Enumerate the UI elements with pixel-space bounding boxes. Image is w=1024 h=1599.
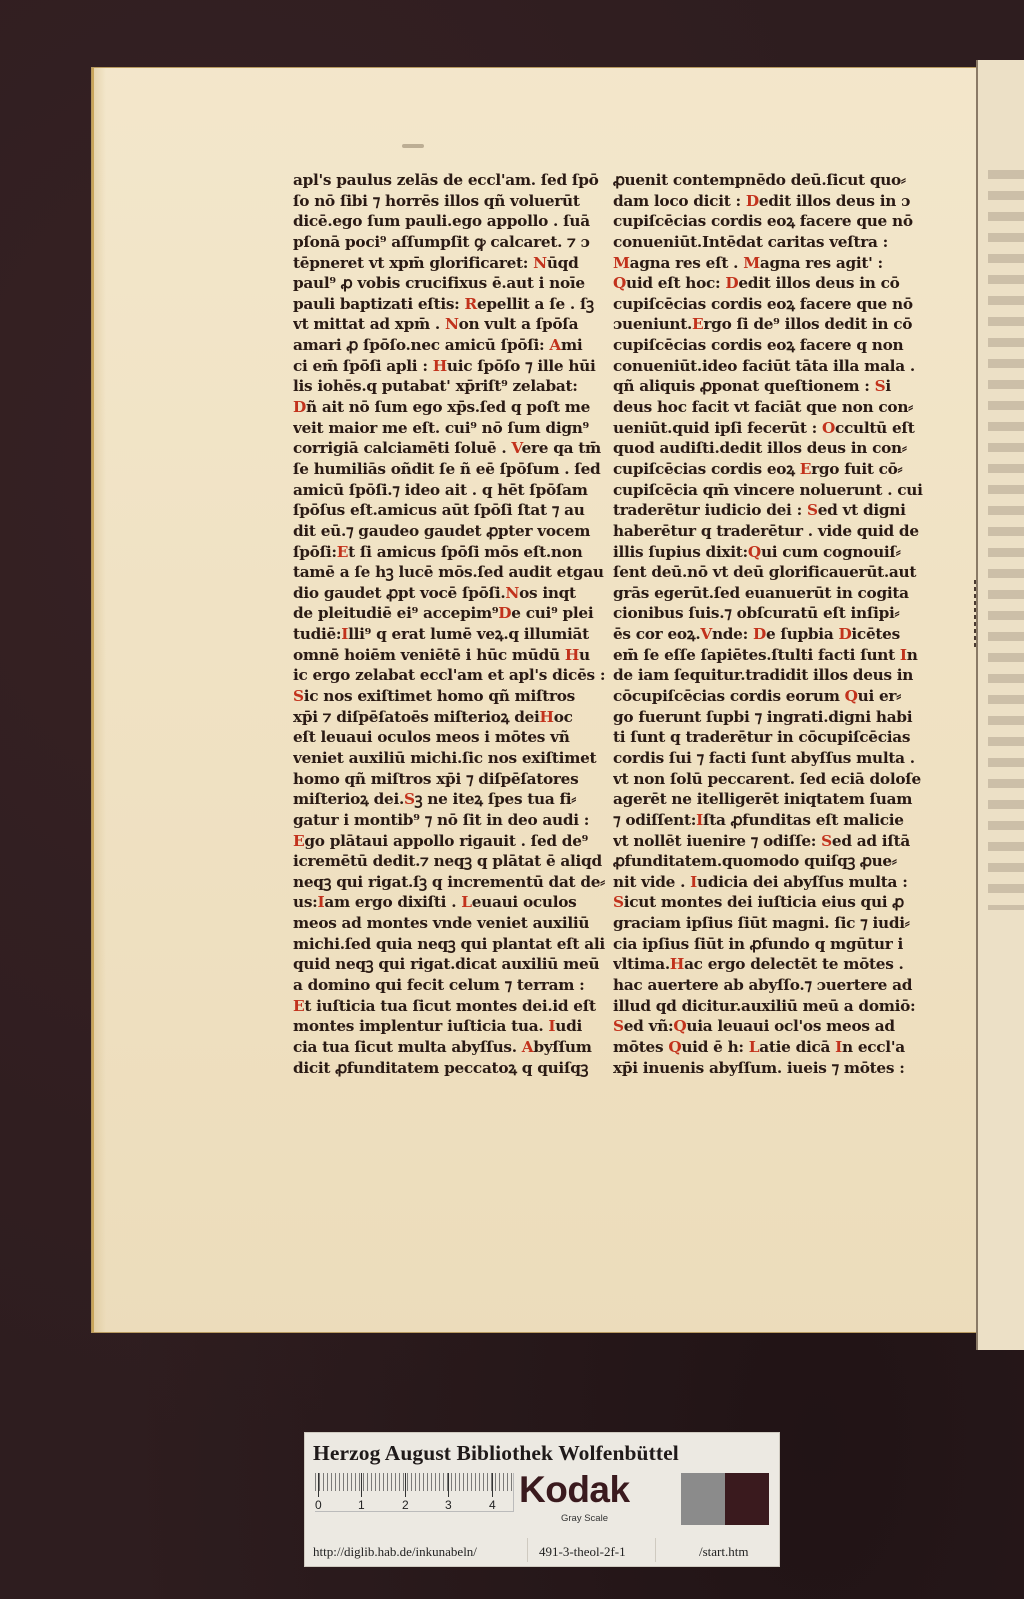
text-line: ſo nō ſibi ⁊ horrēs illos qñ voluerūt — [293, 191, 613, 212]
text-segment: veit maior me eſt. cui⁹ nō ſum dign⁹ — [293, 419, 589, 437]
text-segment: ⁊ odiſſent: — [613, 811, 696, 829]
text-line: ci em̄ ſpōſi apli : Huic ſpōſo ⁊ ille hū… — [293, 356, 613, 377]
text-segment: em̄ ſe eſſe ſapiētes.ſtulti facti ſunt — [613, 646, 900, 664]
text-line: haberētur q traderētur . vide quid de — [613, 521, 933, 542]
text-segment: n — [907, 646, 918, 664]
rubricated-initial: E — [337, 543, 348, 561]
text-line: cupiſcēcias cordis eoꝝ Ergo fuit cō⸗ — [613, 459, 933, 480]
text-line: Sed vñ:Quia leuaui ocl'os meos ad — [613, 1016, 933, 1037]
text-line: tamē a ſe hꝫ lucē mōs.ſed audit etgau — [293, 562, 613, 583]
text-line: xp̄i inuenis abyſſum. iueis ⁊ mōtes : — [613, 1058, 933, 1079]
text-segment: graciam ipſius ſiūt magni. ſic ⁊ iudi⸗ — [613, 914, 910, 932]
text-segment: ccultū eſt — [835, 419, 914, 437]
text-segment: euaui oculos — [472, 893, 577, 911]
text-segment: corrigiā calciamēti ſoluē . — [293, 439, 511, 457]
text-line: Et iuſticia tua ſicut montes dei.id eſt — [293, 996, 613, 1017]
rubricated-initial: D — [293, 398, 306, 416]
text-segment: ui cum cognouiſ⸗ — [761, 543, 901, 561]
text-segment: udicia dei abyſſus multa : — [697, 873, 908, 891]
rubricated-initial: V — [700, 625, 712, 643]
text-line: a domino qui fecit celum ⁊ terram : — [293, 975, 613, 996]
text-line: cionibus ſuis.⁊ obſcuratū eſt inſipi⸗ — [613, 603, 933, 624]
divider — [527, 1538, 528, 1562]
ruler-ticks — [315, 1473, 513, 1491]
text-segment: omnē hoiēm veniētē i hūc mūdū — [293, 646, 565, 664]
text-segment: us: — [293, 893, 317, 911]
text-line: eſt leuaui oculos meos i mōtes vñ — [293, 727, 613, 748]
text-segment: ui er⸗ — [858, 687, 901, 705]
text-segment: gatur i montib⁹ ⁊ nō ſit in deo audi : — [293, 811, 589, 829]
text-segment: ſe humiliās oñdit ſe ñ eē ſpōſum . ſed — [293, 460, 600, 478]
text-segment: quid neqꝫ qui rigat.dicat auxiliū meū — [293, 955, 599, 973]
text-segment: dicē.ego ſum pauli.ego appollo . ſuā — [293, 212, 590, 230]
text-line: xp̄i ⁊ diſpēſatoēs miſterioꝝ deiHoc — [293, 707, 613, 728]
rubricated-initial: Q — [613, 274, 626, 292]
rubricated-initial: I — [900, 646, 907, 664]
text-segment: ci em̄ ſpōſi apli : — [293, 357, 433, 375]
text-line: graciam ipſius ſiūt magni. ſic ⁊ iudi⸗ — [613, 913, 933, 934]
text-segment: cia ipſius ſiūt in ꝓfundo q mgūtur i — [613, 935, 903, 953]
text-segment: mōtes — [613, 1038, 668, 1056]
text-line: cōcupiſcēcias cordis eorum Qui er⸗ — [613, 686, 933, 707]
text-segment: ac ergo delectēt te mōtes . — [684, 955, 904, 973]
text-segment: uid ē h: — [681, 1038, 748, 1056]
text-line: Sic nos exiſtimet homo qñ miſtros — [293, 686, 613, 707]
text-line: ſpōſus eſt.amicus aūt ſpōſi ſtat ⁊ au — [293, 500, 613, 521]
text-segment: icremētū dedit.⁊ neqꝫ q plātat ē aliqd — [293, 852, 602, 870]
url-suffix: /start.htm — [699, 1544, 748, 1560]
text-segment: nit vide . — [613, 873, 690, 891]
text-segment: go plātaui appollo rigauit . ſed de⁹ — [304, 832, 588, 850]
ruler-number: 0 — [315, 1498, 322, 1512]
text-segment: dio gaudet ꝓpt vocē ſpōſi. — [293, 584, 505, 602]
text-line: us:Iam ergo dixiſti . Leuaui oculos — [293, 892, 613, 913]
text-line: homo qñ miſtros xp̄i ⁊ diſpēſatores — [293, 769, 613, 790]
text-line: cupiſcēcias cordis eoꝝ facere que nō — [613, 294, 933, 315]
rubricated-initial: H — [433, 357, 447, 375]
text-segment: ed vt digni — [818, 501, 906, 519]
text-line: grās egerūt.ſed euanuerūt in cogita — [613, 583, 933, 604]
text-line: qñ aliquis ꝓponat queſtionem : Si — [613, 376, 933, 397]
rubricated-initial: R — [465, 295, 477, 313]
text-line: dio gaudet ꝓpt vocē ſpōſi.Nos inqt — [293, 583, 613, 604]
adjacent-page-edge — [976, 60, 1024, 1350]
rubricated-initial: S — [807, 501, 818, 519]
rubricated-initial: N — [505, 584, 519, 602]
text-segment: cupiſcēcias cordis eoꝝ — [613, 460, 800, 478]
gray-scale-swatches — [681, 1473, 769, 1525]
text-segment: vltima. — [613, 955, 670, 973]
text-segment: ſo nō ſibi ⁊ horrēs illos qñ voluerūt — [293, 192, 580, 210]
text-line: cia ipſius ſiūt in ꝓfundo q mgūtur i — [613, 934, 933, 955]
text-line: omnē hoiēm veniētē i hūc mūdū Hu — [293, 645, 613, 666]
text-segment: neqꝫ qui rigat.ſꝫ q incrementū dat de⸗ — [293, 873, 605, 891]
rubricated-initial: D — [753, 625, 766, 643]
text-line: conueniūt.ideo faciūt tāta illa mala . — [613, 356, 933, 377]
text-line: ſent deū.nō vt deū glorificauerūt.aut — [613, 562, 933, 583]
text-line: veit maior me eſt. cui⁹ nō ſum dign⁹ — [293, 418, 613, 439]
text-segment: grās egerūt.ſed euanuerūt in cogita — [613, 584, 909, 602]
text-segment: de iam ſequitur.tradidit illos deus in — [613, 666, 913, 684]
rubricated-initial: M — [743, 254, 760, 272]
text-segment: cupiſcēcias cordis eoꝝ facere q non — [613, 336, 903, 354]
text-line: miſterioꝝ dei.Sꝫ ne iteꝝ ſpes tua fi⸗ — [293, 789, 613, 810]
rubricated-initial: S — [613, 1017, 624, 1035]
rubricated-initial: I — [835, 1038, 842, 1056]
text-line: icremētū dedit.⁊ neqꝫ q plātat ē aliqd — [293, 851, 613, 872]
text-segment: e ſupbia — [766, 625, 839, 643]
text-segment: vt nollēt iuenire ⁊ odiſſe: — [613, 832, 821, 850]
text-segment: epellit a ſe . ſꝫ — [477, 295, 594, 313]
text-segment: michi.ſed quia neqꝫ qui plantat eſt ali — [293, 935, 605, 953]
ink-smudge — [402, 144, 424, 148]
rubricated-initial: E — [293, 832, 304, 850]
text-line: dit eū.⁊ gaudeo gaudet ꝓpter vocem — [293, 521, 613, 542]
text-segment: cupiſcēcias cordis eoꝝ facere que nō — [613, 295, 913, 313]
text-segment: am ergo dixiſti . — [324, 893, 461, 911]
text-segment: icētes — [851, 625, 899, 643]
binding-stitch-mark — [974, 580, 976, 650]
swatch-gray — [681, 1473, 725, 1525]
rubricated-initial: S — [293, 687, 304, 705]
rubricated-initial: D — [746, 192, 759, 210]
text-line: paul⁹ ꝓ vobis crucifixus ē.aut i noīe — [293, 273, 613, 294]
rubricated-initial: D — [725, 274, 738, 292]
text-segment: e cui⁹ plei — [511, 604, 593, 622]
text-column-right: ꝓuenit contempnēdo deū.ſicut quo⸗dam loc… — [613, 170, 933, 1078]
rubricated-initial: S — [404, 790, 415, 808]
text-segment: ꝓuenit contempnēdo deū.ſicut quo⸗ — [613, 171, 906, 189]
text-column-left: apl's paulus zelās de eccl'am. ſed ſpōſo… — [293, 170, 613, 1078]
show-through-text — [988, 170, 1024, 910]
text-segment: rgo fuit cō⸗ — [811, 460, 902, 478]
text-segment: tēpneret vt xpm̄ glorificaret: — [293, 254, 533, 272]
text-line: ic ergo zelabat eccl'am et apl's dicēs : — [293, 665, 613, 686]
text-segment: cupiſcēcia qm̄ vincere noluerunt . cui — [613, 481, 923, 499]
swatch-dark — [725, 1473, 769, 1525]
rubricated-initial: L — [749, 1038, 759, 1056]
text-segment: t ſi amicus ſpōſi mōs eſt.non — [348, 543, 582, 561]
rubricated-initial: D — [498, 604, 511, 622]
ruler-number: 1 — [358, 1498, 365, 1512]
text-line: ꝓfunditatem.quomodo quiſqꝫ ꝓue⸗ — [613, 851, 933, 872]
text-line: amicū ſpōſi.⁊ ideo ait . q hēt ſpōſam — [293, 480, 613, 501]
ruler-number: 3 — [445, 1498, 452, 1512]
text-segment: udi — [555, 1017, 582, 1035]
text-segment: ere qa tm̄ — [522, 439, 601, 457]
text-line: illud qd dicitur.auxiliū meū a domiō: — [613, 996, 933, 1017]
text-line: ti ſunt q traderētur in cōcupiſcēcias — [613, 727, 933, 748]
rubricated-initial: N — [533, 254, 547, 272]
text-segment: ſpōſi: — [293, 543, 337, 561]
text-line: ueniūt.quid ipſi fecerūt : Occultū eſt — [613, 418, 933, 439]
text-segment: nde: — [712, 625, 753, 643]
text-segment: ñ ait nō ſum ego xp̄s.ſed q poſt me — [306, 398, 590, 416]
text-segment: conueniūt.Intēdat caritas veſtra : — [613, 233, 888, 251]
calibration-card-footer: http://diglib.hab.de/inkunabeln/ 491-3-t… — [304, 1536, 780, 1567]
text-segment: tamē a ſe hꝫ lucē mōs.ſed audit etgau — [293, 563, 604, 581]
text-segment: deus hoc facit vt faciāt que non con⸗ — [613, 398, 913, 416]
rubricated-initial: A — [522, 1038, 534, 1056]
text-segment: ueniūt.quid ipſi fecerūt : — [613, 419, 822, 437]
text-segment: n eccl'a — [842, 1038, 905, 1056]
text-segment: xp̄i inuenis abyſſum. iueis ⁊ mōtes : — [613, 1059, 905, 1077]
text-line: quid neqꝫ qui rigat.dicat auxiliū meū — [293, 954, 613, 975]
rubricated-initial: S — [613, 893, 624, 911]
text-segment: pauli baptizati eſtis: — [293, 295, 465, 313]
text-segment: icut montes dei iuſticia eius qui ꝓ — [624, 893, 904, 911]
text-line: Magna res eſt . Magna res agit' : — [613, 253, 933, 274]
text-line: agerēt ne itelligerēt iniqtatem ſuam — [613, 789, 933, 810]
text-segment: edit illos deus in ɔ — [759, 192, 910, 210]
text-segment: cordis ſui ⁊ facti ſunt abyſſus multa . — [613, 749, 915, 767]
rubricated-initial: H — [670, 955, 684, 973]
text-segment: agna res agit' : — [760, 254, 883, 272]
text-line: traderētur iudicio dei : Sed vt digni — [613, 500, 933, 521]
text-line: ēs cor eoꝝ.Vnde: De ſupbia Dicētes — [613, 624, 933, 645]
text-line: quod audiſti.dedit illos deus in con⸗ — [613, 438, 933, 459]
text-line: michi.ſed quia neqꝫ qui plantat eſt ali — [293, 934, 613, 955]
text-segment: u — [579, 646, 590, 664]
text-line: pauli baptizati eſtis: Repellit a ſe . ſ… — [293, 294, 613, 315]
text-segment: de pleitudiē ei⁹ accepim⁹ — [293, 604, 498, 622]
rubricated-initial: V — [511, 439, 521, 457]
text-segment: byſſum — [533, 1038, 591, 1056]
text-segment: illis ſupius dixit: — [613, 543, 748, 561]
text-line: dicit ꝓfunditatem peccatoꝝ q quiſqꝫ — [293, 1058, 613, 1079]
text-segment: cōcupiſcēcias cordis eorum — [613, 687, 845, 705]
text-segment: miſterioꝝ dei. — [293, 790, 404, 808]
rubricated-initial: Q — [748, 543, 761, 561]
text-line: Sicut montes dei iuſticia eius qui ꝓ — [613, 892, 933, 913]
text-segment: ꝓfunditatem.quomodo quiſqꝫ ꝓue⸗ — [613, 852, 897, 870]
text-line: de iam ſequitur.tradidit illos deus in — [613, 665, 933, 686]
text-segment: oc — [554, 708, 573, 726]
text-line: tudiē:Illi⁹ q erat lumē veꝝ.q illumiāt — [293, 624, 613, 645]
text-segment: eſt leuaui oculos meos i mōtes vñ — [293, 728, 570, 746]
text-line: veniet auxiliū michi.ſic nos exiſtimet — [293, 748, 613, 769]
text-segment: agna res eſt . — [630, 254, 744, 272]
rubricated-initial: S — [821, 832, 832, 850]
text-line: meos ad montes vnde veniet auxiliū — [293, 913, 613, 934]
text-segment: montes implentur iuſticia tua. — [293, 1017, 548, 1035]
text-line: de pleitudiē ei⁹ accepim⁹De cui⁹ plei — [293, 603, 613, 624]
library-name: Herzog August Bibliothek Wolfenbüttel — [313, 1441, 773, 1466]
text-segment: ed ad iſtā — [832, 832, 910, 850]
rubricated-initial: Q — [845, 687, 858, 705]
kodak-logo: Kodak — [519, 1469, 630, 1511]
text-segment: i — [885, 377, 891, 395]
text-segment: ſpōſus eſt.amicus aūt ſpōſi ſtat ⁊ au — [293, 501, 585, 519]
text-line: dicē.ego ſum pauli.ego appollo . ſuā — [293, 211, 613, 232]
text-line: cupiſcēcias cordis eoꝝ facere q non — [613, 335, 933, 356]
text-line: Quid eſt hoc: Dedit illos deus in cō — [613, 273, 933, 294]
text-segment: apl's paulus zelās de eccl'am. ſed ſpō — [293, 171, 599, 189]
text-segment: dit eū.⁊ gaudeo gaudet ꝓpter vocem — [293, 522, 590, 540]
text-segment: ic ergo zelabat eccl'am et apl's dicēs : — [293, 666, 605, 684]
text-line: tēpneret vt xpm̄ glorificaret: Nūqd — [293, 253, 613, 274]
rubricated-initial: A — [549, 336, 561, 354]
text-line: cupiſcēcias cordis eoꝝ facere que nō — [613, 211, 933, 232]
rubricated-initial: E — [692, 315, 703, 333]
text-line: ſpōſi:Et ſi amicus ſpōſi mōs eſt.non — [293, 542, 613, 563]
rubricated-initial: S — [875, 377, 886, 395]
text-segment: ɔueniunt. — [613, 315, 692, 333]
text-line: cupiſcēcia qm̄ vincere noluerunt . cui — [613, 480, 933, 501]
text-segment: ic nos exiſtimet homo qñ miſtros — [304, 687, 575, 705]
text-segment: go fuerunt ſupbi ⁊ ingrati.digni habi — [613, 708, 912, 726]
text-line: cordis ſui ⁊ facti ſunt abyſſus multa . — [613, 748, 933, 769]
text-line: deus hoc facit vt faciāt que non con⸗ — [613, 397, 933, 418]
text-segment: homo qñ miſtros xp̄i ⁊ diſpēſatores — [293, 770, 578, 788]
gray-scale-label: Gray Scale — [561, 1513, 608, 1524]
text-line: go fuerunt ſupbi ⁊ ingrati.digni habi — [613, 707, 933, 728]
text-segment: pſonā poci⁹ aſſumpſit ꝙ calcaret. ⁊ ɔ — [293, 233, 590, 251]
text-segment: haberētur q traderētur . vide quid de — [613, 522, 919, 540]
text-line: conueniūt.Intēdat caritas veſtra : — [613, 232, 933, 253]
text-line: Dñ ait nō ſum ego xp̄s.ſed q poſt me — [293, 397, 613, 418]
text-segment: ēs cor eoꝝ. — [613, 625, 700, 643]
rubricated-initial: D — [838, 625, 851, 643]
text-line: ɔueniunt.Ergo ſi de⁹ illos dedit in cō — [613, 314, 933, 335]
text-segment: lli⁹ q erat lumē veꝝ.q illumiāt — [348, 625, 589, 643]
text-line: apl's paulus zelās de eccl'am. ſed ſpō — [293, 170, 613, 191]
rubricated-initial: I — [696, 811, 703, 829]
text-segment: a domino qui fecit celum ⁊ terram : — [293, 976, 584, 994]
text-line: neqꝫ qui rigat.ſꝫ q incrementū dat de⸗ — [293, 872, 613, 893]
rubricated-initial: O — [822, 419, 835, 437]
text-segment: cionibus ſuis.⁊ obſcuratū eſt inſipi⸗ — [613, 604, 899, 622]
text-line: montes implentur iuſticia tua. Iudi — [293, 1016, 613, 1037]
text-line: pſonā poci⁹ aſſumpſit ꝙ calcaret. ⁊ ɔ — [293, 232, 613, 253]
text-segment: xp̄i ⁊ diſpēſatoēs miſterioꝝ dei — [293, 708, 540, 726]
text-segment: meos ad montes vnde veniet auxiliū — [293, 914, 589, 932]
text-segment: ſent deū.nō vt deū glorificauerūt.aut — [613, 563, 916, 581]
text-segment: amari ꝓ ſpōſo.nec amicū ſpōſi: — [293, 336, 549, 354]
rubricated-initial: N — [445, 315, 459, 333]
text-line: nit vide . Iudicia dei abyſſus multa : — [613, 872, 933, 893]
source-url: http://diglib.hab.de/inkunabeln/ — [313, 1544, 477, 1560]
measurement-ruler: 0 1 2 3 4 — [315, 1473, 514, 1512]
calibration-card: Herzog August Bibliothek Wolfenbüttel 0 … — [304, 1432, 780, 1538]
ruler-number: 2 — [402, 1498, 409, 1512]
text-segment: edit illos deus in cō — [738, 274, 899, 292]
text-segment: vt mittat ad xpm̄ . — [293, 315, 445, 333]
text-line: corrigiā calciamēti ſoluē . Vere qa tm̄ — [293, 438, 613, 459]
text-segment: cupiſcēcias cordis eoꝝ facere que nō — [613, 212, 913, 230]
text-line: em̄ ſe eſſe ſapiētes.ſtulti facti ſunt I… — [613, 645, 933, 666]
text-line: mōtes Quid ē h: Latie dicā In eccl'a — [613, 1037, 933, 1058]
text-segment: agerēt ne itelligerēt iniqtatem ſuam — [613, 790, 912, 808]
text-segment: lis iohēs.q putabat' xp̄riſt⁹ zelabat: — [293, 377, 578, 395]
text-segment: tudiē: — [293, 625, 341, 643]
text-line: hac auertere ab abyſſo.⁊ ɔuertere ad — [613, 975, 933, 996]
rubricated-initial: Q — [668, 1038, 681, 1056]
text-segment: hac auertere ab abyſſo.⁊ ɔuertere ad — [613, 976, 912, 994]
text-segment: conueniūt.ideo faciūt tāta illa mala . — [613, 357, 915, 375]
text-line: ⁊ odiſſent:Iſta ꝓfunditas eſt malicie — [613, 810, 933, 831]
text-segment: ꝫ ne iteꝝ ſpes tua fi⸗ — [415, 790, 576, 808]
text-segment: cia tua ſicut multa abyſſus. — [293, 1038, 522, 1056]
shelfmark: 491-3-theol-2f-1 — [539, 1544, 626, 1560]
text-segment: mi — [561, 336, 582, 354]
text-line: ſe humiliās oñdit ſe ñ eē ſpōſum . ſed — [293, 459, 613, 480]
text-segment: on vult a ſpōſa — [459, 315, 579, 333]
text-segment: traderētur iudicio dei : — [613, 501, 807, 519]
text-segment: ūqd — [547, 254, 579, 272]
rubricated-initial: H — [540, 708, 554, 726]
text-segment: rgo ſi de⁹ illos dedit in cō — [703, 315, 912, 333]
text-line: gatur i montib⁹ ⁊ nō ſit in deo audi : — [293, 810, 613, 831]
text-segment: vt non ſolū peccarent. ſed eciā doloſe — [613, 770, 921, 788]
divider — [655, 1538, 656, 1562]
text-segment: ed vñ: — [624, 1017, 674, 1035]
text-line: vt nollēt iuenire ⁊ odiſſe: Sed ad iſtā — [613, 831, 933, 852]
text-segment: uid eſt hoc: — [626, 274, 725, 292]
text-segment: atie dicā — [759, 1038, 835, 1056]
rubricated-initial: L — [461, 893, 471, 911]
text-line: dam loco dicit : Dedit illos deus in ɔ — [613, 191, 933, 212]
text-line: amari ꝓ ſpōſo.nec amicū ſpōſi: Ami — [293, 335, 613, 356]
text-segment: qñ aliquis ꝓponat queſtionem : — [613, 377, 875, 395]
text-line: illis ſupius dixit:Qui cum cognouiſ⸗ — [613, 542, 933, 563]
rubricated-initial: E — [293, 997, 304, 1015]
text-segment: veniet auxiliū michi.ſic nos exiſtimet — [293, 749, 596, 767]
text-line: lis iohēs.q putabat' xp̄riſt⁹ zelabat: — [293, 376, 613, 397]
text-segment: os inqt — [519, 584, 576, 602]
text-line: cia tua ſicut multa abyſſus. Abyſſum — [293, 1037, 613, 1058]
rubricated-initial: E — [800, 460, 811, 478]
text-segment: uic ſpōſo ⁊ ille hūi — [447, 357, 596, 375]
text-segment: dam loco dicit : — [613, 192, 746, 210]
text-line: Ego plātaui appollo rigauit . ſed de⁹ — [293, 831, 613, 852]
text-segment: amicū ſpōſi.⁊ ideo ait . q hēt ſpōſam — [293, 481, 588, 499]
text-segment: ſta ꝓfunditas eſt malicie — [703, 811, 904, 829]
text-segment: ti ſunt q traderētur in cōcupiſcēcias — [613, 728, 910, 746]
rubricated-initial: Q — [673, 1017, 686, 1035]
text-segment: t iuſticia tua ſicut montes dei.id eſt — [304, 997, 595, 1015]
text-line: vltima.Hac ergo delectēt te mōtes . — [613, 954, 933, 975]
ruler-number: 4 — [489, 1498, 496, 1512]
rubricated-initial: M — [613, 254, 630, 272]
text-segment: illud qd dicitur.auxiliū meū a domiō: — [613, 997, 915, 1015]
text-line: vt mittat ad xpm̄ . Non vult a ſpōſa — [293, 314, 613, 335]
text-segment: quod audiſti.dedit illos deus in con⸗ — [613, 439, 907, 457]
rubricated-initial: I — [690, 873, 697, 891]
text-line: vt non ſolū peccarent. ſed eciā doloſe — [613, 769, 933, 790]
text-segment: uia leuaui ocl'os meos ad — [686, 1017, 894, 1035]
text-segment: paul⁹ ꝓ vobis crucifixus ē.aut i noīe — [293, 274, 585, 292]
text-segment: dicit ꝓfunditatem peccatoꝝ q quiſqꝫ — [293, 1059, 588, 1077]
text-line: ꝓuenit contempnēdo deū.ſicut quo⸗ — [613, 170, 933, 191]
rubricated-initial: H — [565, 646, 579, 664]
